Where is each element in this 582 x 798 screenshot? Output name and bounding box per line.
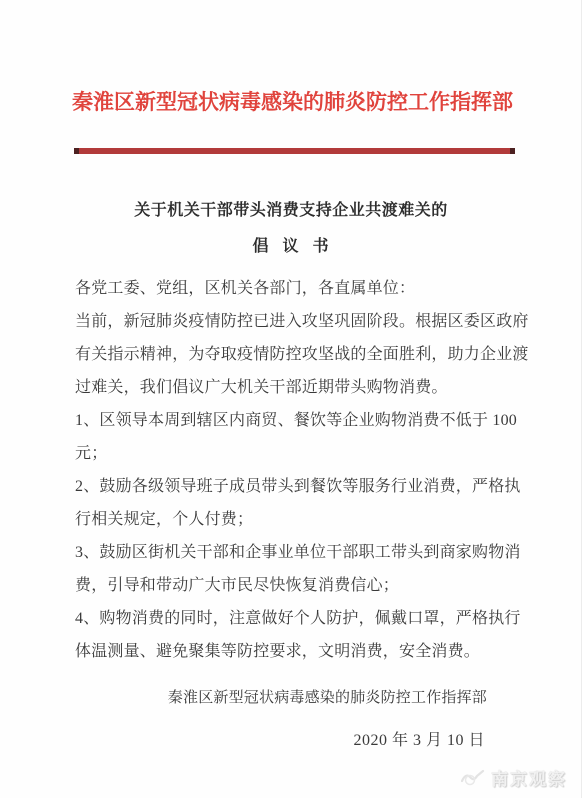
proposal-item-2-line: 2、鼓励各级领导班子成员带头到餐饮等服务行业消费，严格执 bbox=[75, 470, 517, 503]
document-body: 各党工委、党组，区机关各部门，各直属单位： 当前，新冠肺炎疫情防控已进入攻坚巩固… bbox=[75, 272, 517, 668]
proposal-item-2-line: 行相关规定，个人付费； bbox=[75, 503, 517, 536]
watermark-label: 南京观察 bbox=[491, 765, 567, 790]
paragraph-line: 当前，新冠肺炎疫情防控已进入攻坚巩固阶段。根据区委区政府 bbox=[75, 305, 517, 338]
salutation-line: 各党工委、党组，区机关各部门，各直属单位： bbox=[75, 272, 517, 305]
letterhead-org-title: 秦淮区新型冠状病毒感染的肺炎防控工作指挥部 bbox=[72, 86, 522, 116]
proposal-item-3-line: 费，引导和带动广大市民尽快恢复消费信心； bbox=[75, 569, 517, 602]
document-page: 秦淮区新型冠状病毒感染的肺炎防控工作指挥部 关于机关干部带头消费支持企业共渡难关… bbox=[0, 0, 582, 798]
proposal-item-1-line: 1、区领导本周到辖区内商贸、餐饮等企业购物消费不低于 100 bbox=[75, 404, 517, 437]
proposal-item-3-line: 3、鼓励区街机关干部和企事业单位干部职工带头到商家购物消 bbox=[75, 536, 517, 569]
document-title-line2: 倡 议 书 bbox=[0, 233, 582, 256]
signature-org-name: 秦淮区新型冠状病毒感染的肺炎防控工作指挥部 bbox=[168, 686, 487, 707]
nanjing-observer-logo-icon bbox=[461, 768, 485, 788]
letterhead-divider-rule bbox=[75, 148, 514, 154]
paragraph-line: 过难关，我们倡议广大机关干部近期带头购物消费。 bbox=[75, 371, 517, 404]
proposal-item-4-line: 4、购物消费的同时，注意做好个人防护，佩戴口罩，严格执行 bbox=[75, 602, 517, 635]
watermark-badge: 南京观察 bbox=[461, 765, 567, 790]
proposal-item-4-line: 体温测量、避免聚集等防控要求，文明消费，安全消费。 bbox=[75, 635, 517, 668]
rule-right-cap bbox=[510, 148, 515, 154]
signature-date: 2020 年 3 月 10 日 bbox=[353, 727, 485, 750]
document-title-line1: 关于机关干部带头消费支持企业共渡难关的 bbox=[0, 197, 582, 220]
paragraph-line: 有关指示精神，为夺取疫情防控攻坚战的全面胜利，助力企业渡 bbox=[75, 338, 517, 371]
proposal-item-1-line: 元； bbox=[75, 437, 517, 470]
rule-left-cap bbox=[74, 148, 79, 154]
